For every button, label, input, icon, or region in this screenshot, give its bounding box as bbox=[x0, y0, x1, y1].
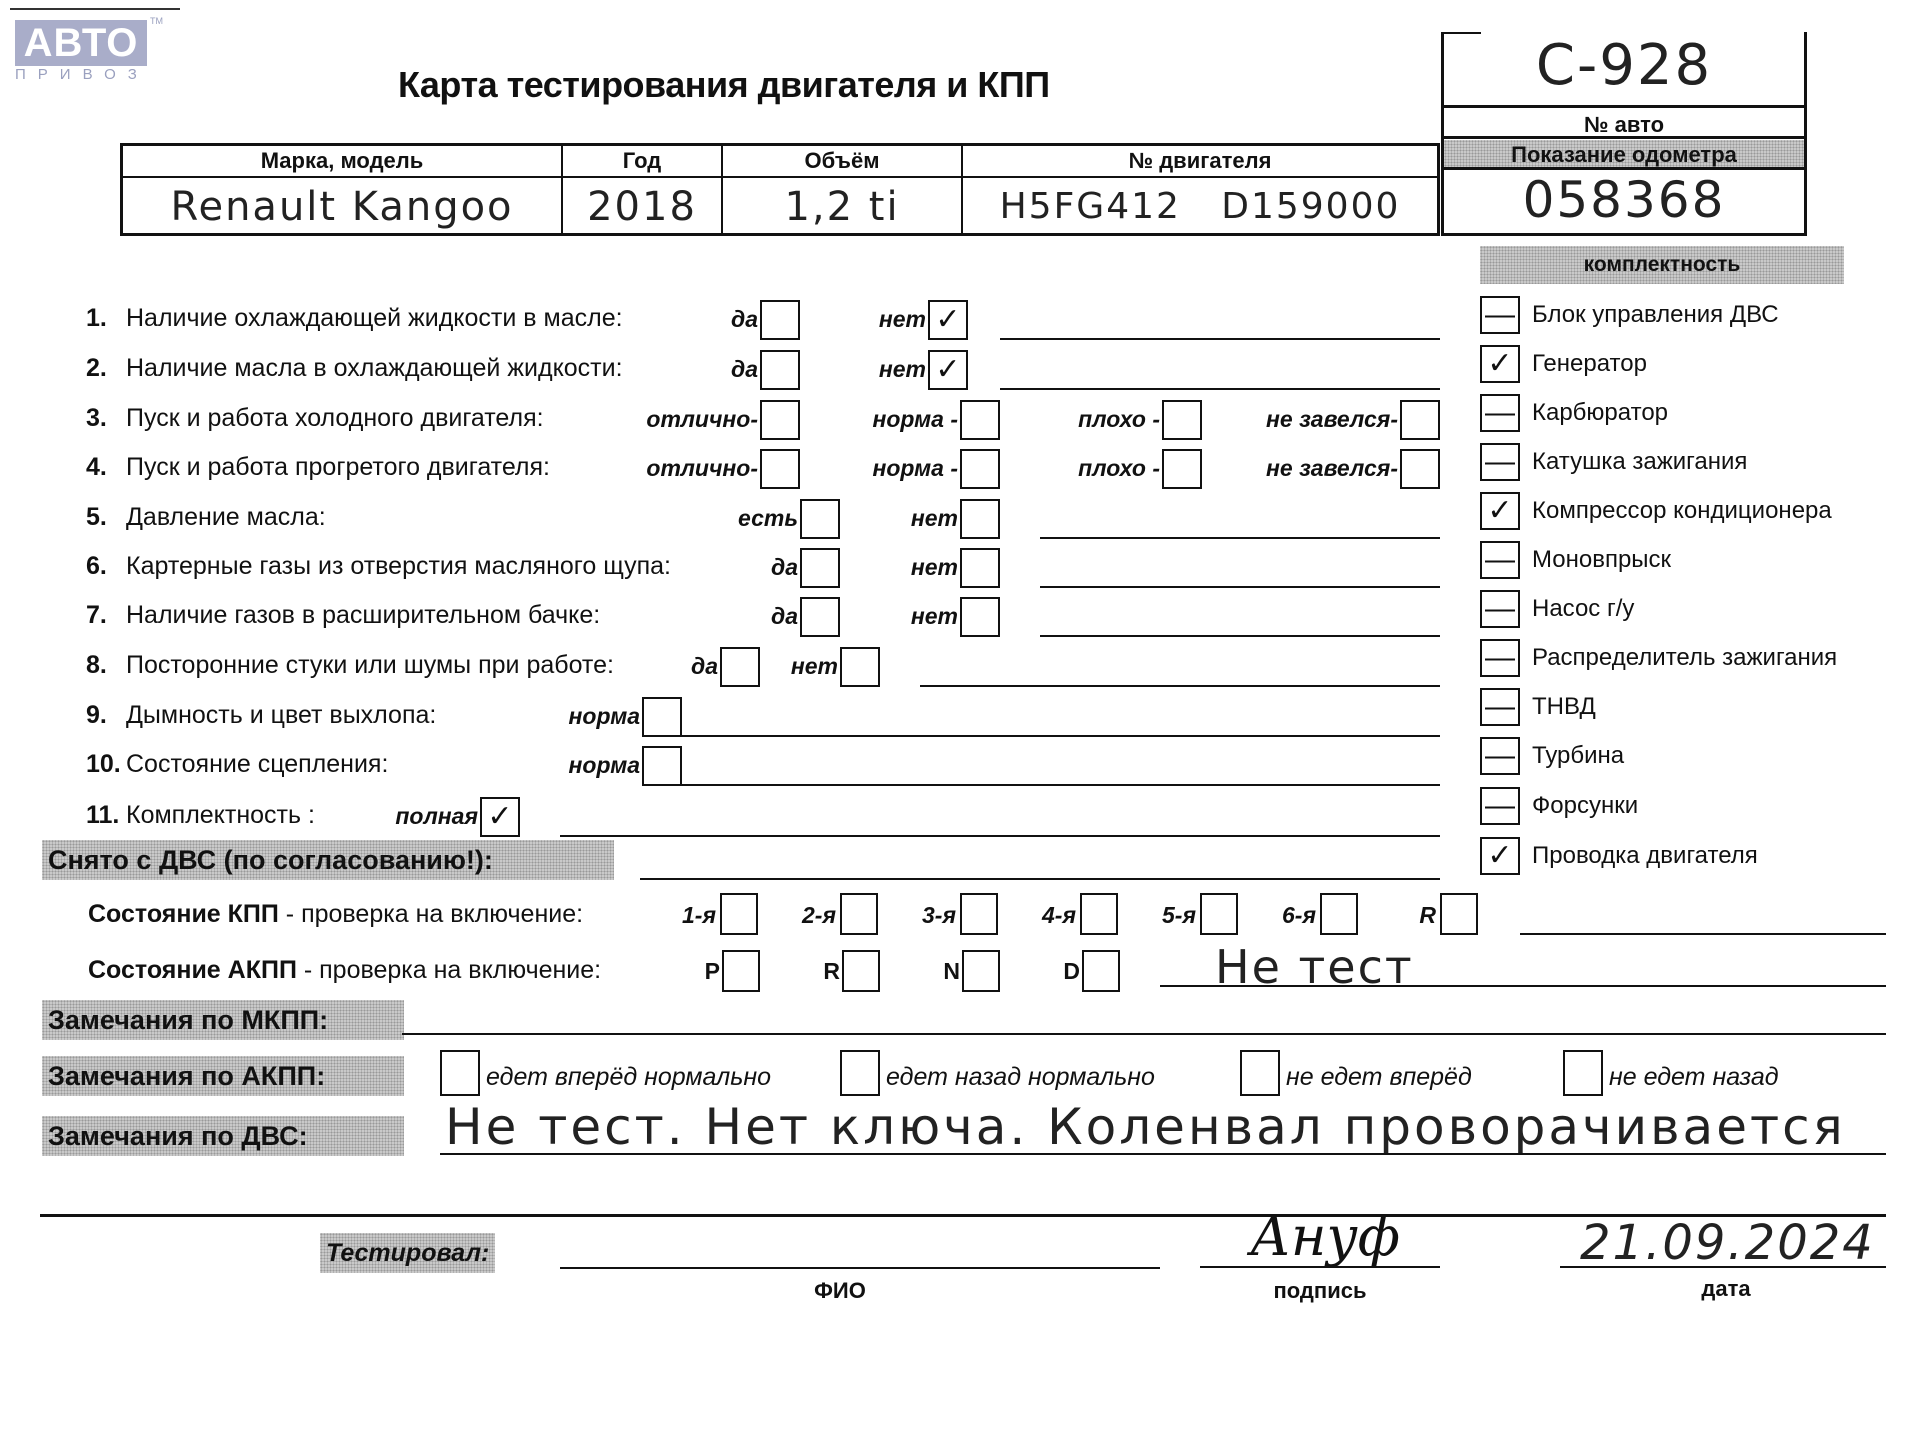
completeness-checkbox[interactable]: — bbox=[1480, 541, 1520, 579]
vehicle-table-header: Марка, модель Год Объём № двигателя bbox=[123, 146, 1437, 178]
checklist-item-number: 1. bbox=[86, 304, 126, 333]
completeness-checkbox[interactable]: ✓ bbox=[1480, 492, 1520, 530]
dash-icon: — bbox=[1485, 398, 1515, 428]
checkbox-option-label: да bbox=[691, 653, 718, 680]
logo-trademark: TM bbox=[150, 16, 163, 26]
checklist-item-label: 9.Дымность и цвет выхлопа: bbox=[86, 701, 436, 730]
completeness-item: ✓Компрессор кондиционера bbox=[1480, 492, 1832, 530]
checkbox-option-label: есть bbox=[738, 505, 798, 532]
vehicle-table: Марка, модель Год Объём № двигателя Rena… bbox=[120, 143, 1440, 236]
checkbox[interactable] bbox=[960, 548, 1000, 588]
checklist-note-line[interactable] bbox=[1040, 635, 1440, 637]
checklist-item-text: Наличие охлаждающей жидкости в масле: bbox=[126, 304, 623, 332]
signature-caption: подпись bbox=[1240, 1278, 1400, 1304]
checkbox[interactable] bbox=[1162, 449, 1202, 489]
top-rule bbox=[10, 8, 180, 10]
date-value[interactable]: 21.09.2024 bbox=[1580, 1215, 1875, 1271]
kpp-gear-checkbox[interactable] bbox=[1440, 893, 1478, 935]
kpp-gear-checkbox[interactable] bbox=[1320, 893, 1358, 935]
checkmark-icon: ✓ bbox=[487, 802, 512, 832]
header-volume: Объём bbox=[723, 146, 963, 176]
akpp-remark-label: едет назад нормально bbox=[886, 1063, 1155, 1092]
date-line bbox=[1560, 1266, 1886, 1268]
completeness-item: —Насос г/у bbox=[1480, 590, 1634, 628]
akpp-remark-checkbox[interactable] bbox=[440, 1050, 480, 1096]
checkbox[interactable] bbox=[800, 597, 840, 637]
akpp-label-bold: Состояние АКПП bbox=[88, 956, 297, 984]
completeness-item: —Карбюратор bbox=[1480, 394, 1668, 432]
mkpp-remarks-label: Замечания по МКПП: bbox=[42, 1000, 404, 1040]
checklist-item-number: 11. bbox=[86, 801, 126, 830]
completeness-item: —Распределитель зажигания bbox=[1480, 639, 1837, 677]
checklist-note-line[interactable] bbox=[1000, 338, 1440, 340]
completeness-header: комплектность bbox=[1480, 246, 1844, 284]
tested-by-label: Тестировал: bbox=[320, 1233, 495, 1273]
kpp-gear-checkbox[interactable] bbox=[1080, 893, 1118, 935]
completeness-item-label: Карбюратор bbox=[1532, 399, 1668, 427]
signature-line[interactable] bbox=[1200, 1266, 1440, 1268]
checklist-item-label: 2.Наличие масла в охлаждающей жидкости: bbox=[86, 354, 623, 383]
checkbox[interactable]: ✓ bbox=[480, 797, 520, 837]
completeness-item-label: Проводка двигателя bbox=[1532, 842, 1758, 870]
checklist-item-number: 8. bbox=[86, 651, 126, 680]
checkbox[interactable] bbox=[760, 400, 800, 440]
dash-icon: — bbox=[1485, 692, 1515, 722]
kpp-gear-label: 5-я bbox=[1162, 902, 1196, 929]
checklist-item-text: Картерные газы из отверстия масляного щу… bbox=[126, 552, 671, 580]
dvs-remarks-value[interactable]: Не тест. Нет ключа. Коленвал проворачива… bbox=[445, 1098, 1846, 1156]
vehicle-table-values: Renault Kangoo 2018 1,2 ti H5FG412 D1590… bbox=[123, 178, 1437, 235]
dash-icon: — bbox=[1485, 447, 1515, 477]
checkbox[interactable] bbox=[800, 548, 840, 588]
checklist-item-label: 4.Пуск и работа прогретого двигателя: bbox=[86, 453, 550, 482]
checkbox[interactable] bbox=[720, 647, 760, 687]
checklist-item-number: 3. bbox=[86, 404, 126, 433]
dash-icon: — bbox=[1485, 791, 1515, 821]
akpp-remark-checkbox[interactable] bbox=[1240, 1050, 1280, 1096]
checkbox-option-label: да bbox=[731, 306, 758, 333]
completeness-item-label: ТНВД bbox=[1532, 693, 1596, 721]
checklist-item-number: 7. bbox=[86, 601, 126, 630]
completeness-checkbox[interactable]: — bbox=[1480, 787, 1520, 825]
kpp-gear-checkbox[interactable] bbox=[1200, 893, 1238, 935]
checklist-item-text: Комплектность : bbox=[126, 801, 315, 829]
completeness-checkbox[interactable]: — bbox=[1480, 590, 1520, 628]
checklist-item-label: 3.Пуск и работа холодного двигателя: bbox=[86, 404, 544, 433]
header-year: Год bbox=[563, 146, 723, 176]
checklist-item-text: Давление масла: bbox=[126, 503, 326, 531]
checkbox-option-label: да bbox=[731, 356, 758, 383]
completeness-checkbox[interactable]: — bbox=[1480, 394, 1520, 432]
checklist-item-text: Посторонние стуки или шумы при работе: bbox=[126, 651, 614, 679]
kpp-gear-label: 4-я bbox=[1042, 902, 1076, 929]
checkmark-icon: ✓ bbox=[1487, 349, 1512, 379]
fio-caption: ФИО bbox=[760, 1278, 920, 1304]
checkbox[interactable] bbox=[960, 597, 1000, 637]
checklist-item-text: Состояние сцепления: bbox=[126, 750, 388, 778]
checkmark-icon: ✓ bbox=[1487, 496, 1512, 526]
checklist-note-line[interactable] bbox=[680, 784, 1440, 786]
completeness-item: —Моновпрыск bbox=[1480, 541, 1671, 579]
date-caption: дата bbox=[1646, 1276, 1806, 1302]
checkbox[interactable] bbox=[760, 350, 800, 390]
checkbox[interactable] bbox=[642, 746, 682, 786]
checklist-item-number: 6. bbox=[86, 552, 126, 581]
checklist-item-text: Наличие масла в охлаждающей жидкости: bbox=[126, 354, 623, 382]
completeness-item-label: Насос г/у bbox=[1532, 595, 1634, 623]
kpp-label: Состояние КПП - проверка на включение: bbox=[88, 900, 583, 929]
completeness-item-label: Катушка зажигания bbox=[1532, 448, 1747, 476]
completeness-item: —ТНВД bbox=[1480, 688, 1596, 726]
completeness-item-label: Блок управления ДВС bbox=[1532, 301, 1779, 329]
completeness-checkbox[interactable]: ✓ bbox=[1480, 345, 1520, 383]
mkpp-remarks-line[interactable] bbox=[402, 1033, 1886, 1035]
volume-value[interactable]: 1,2 ti bbox=[723, 178, 963, 235]
logo-subtitle: ПРИВОЗ bbox=[15, 66, 155, 83]
checklist-item-label: 7.Наличие газов в расширительном бачке: bbox=[86, 601, 600, 630]
completeness-item: —Блок управления ДВС bbox=[1480, 296, 1779, 334]
signature: Ануф bbox=[1250, 1205, 1400, 1268]
completeness-item-label: Моновпрыск bbox=[1532, 546, 1671, 574]
removed-section-label: Снято с ДВС (по согласованию!): bbox=[42, 840, 614, 880]
engine-number-value[interactable]: H5FG412 D159000 bbox=[963, 178, 1437, 235]
completeness-checkbox[interactable]: — bbox=[1480, 688, 1520, 726]
checkbox-option-label: нет bbox=[911, 554, 958, 581]
kpp-gear-label: 6-я bbox=[1282, 902, 1316, 929]
header-engine-number: № двигателя bbox=[963, 146, 1437, 176]
checkbox-option-label: нет bbox=[791, 653, 838, 680]
checkbox[interactable]: ✓ bbox=[928, 350, 968, 390]
completeness-checkbox[interactable]: — bbox=[1480, 737, 1520, 775]
dash-icon: — bbox=[1485, 643, 1515, 673]
removed-section-line[interactable] bbox=[640, 878, 1440, 880]
akpp-mode-checkbox[interactable] bbox=[962, 950, 1000, 992]
header-make-model: Марка, модель bbox=[123, 146, 563, 176]
checkbox[interactable] bbox=[960, 449, 1000, 489]
kpp-gear-checkbox[interactable] bbox=[840, 893, 878, 935]
checkbox[interactable] bbox=[840, 647, 880, 687]
checklist-item-label: 8.Посторонние стуки или шумы при работе: bbox=[86, 651, 614, 680]
checkbox[interactable] bbox=[800, 499, 840, 539]
checklist-item-number: 9. bbox=[86, 701, 126, 730]
akpp-label: Состояние АКПП - проверка на включение: bbox=[88, 956, 601, 985]
auto-number-value[interactable]: C-928 bbox=[1444, 30, 1804, 102]
dvs-remarks-line bbox=[440, 1153, 1886, 1155]
checkbox[interactable] bbox=[960, 400, 1000, 440]
checklist-item-text: Пуск и работа холодного двигателя: bbox=[126, 404, 544, 432]
odometer-value[interactable]: 058368 bbox=[1441, 170, 1807, 236]
akpp-mode-label: N bbox=[943, 958, 960, 985]
completeness-item-label: Форсунки bbox=[1532, 792, 1638, 820]
kpp-gear-label: R bbox=[1419, 902, 1436, 929]
checkbox-option-label: норма bbox=[569, 703, 641, 730]
kpp-label-bold: Состояние КПП bbox=[88, 900, 279, 928]
checkbox-option-label: да bbox=[771, 603, 798, 630]
akpp-remark-label: не едет вперёд bbox=[1286, 1063, 1472, 1092]
checkbox-option-label: плохо - bbox=[1078, 406, 1160, 433]
akpp-line bbox=[1160, 985, 1886, 987]
checklist-item-label: 10.Состояние сцепления: bbox=[86, 750, 388, 779]
akpp-mode-label: D bbox=[1063, 958, 1080, 985]
checkbox-option-label: нет bbox=[911, 505, 958, 532]
checkmark-icon: ✓ bbox=[935, 355, 960, 385]
akpp-mode-checkbox[interactable] bbox=[1082, 950, 1120, 992]
kpp-gear-label: 1-я bbox=[682, 902, 716, 929]
checkbox[interactable] bbox=[1400, 449, 1440, 489]
akpp-mode-checkbox[interactable] bbox=[842, 950, 880, 992]
completeness-item: —Катушка зажигания bbox=[1480, 443, 1747, 481]
checkbox-option-label: не завелся- bbox=[1266, 406, 1398, 433]
akpp-remarks-label: Замечания по АКПП: bbox=[42, 1056, 404, 1096]
checklist-item-number: 10. bbox=[86, 750, 126, 779]
checklist-note-line[interactable] bbox=[920, 685, 1440, 687]
checkbox-option-label: норма - bbox=[872, 406, 958, 433]
checkbox[interactable] bbox=[960, 499, 1000, 539]
kpp-gear-label: 3-я bbox=[922, 902, 956, 929]
checklist-item-label: 6.Картерные газы из отверстия масляного … bbox=[86, 552, 671, 581]
akpp-mode-checkbox[interactable] bbox=[722, 950, 760, 992]
dash-icon: — bbox=[1485, 545, 1515, 575]
checkbox-option-label: нет bbox=[879, 306, 926, 333]
page-title: Карта тестирования двигателя и КПП bbox=[398, 64, 1050, 106]
akpp-remark-label: не едет назад bbox=[1609, 1063, 1779, 1092]
completeness-checkbox[interactable]: — bbox=[1480, 443, 1520, 481]
completeness-item: —Турбина bbox=[1480, 737, 1624, 775]
checklist-item-label: 11.Комплектность : bbox=[86, 801, 315, 830]
checkmark-icon: ✓ bbox=[935, 305, 960, 335]
fio-line[interactable] bbox=[560, 1267, 1160, 1269]
logo: АВТО bbox=[15, 20, 147, 66]
completeness-item: —Форсунки bbox=[1480, 787, 1638, 825]
checkbox[interactable] bbox=[1162, 400, 1202, 440]
auto-number-label: № авто bbox=[1444, 105, 1804, 139]
completeness-item: ✓Проводка двигателя bbox=[1480, 837, 1758, 875]
checklist-item-text: Пуск и работа прогретого двигателя: bbox=[126, 453, 550, 481]
checkbox-option-label: отлично- bbox=[646, 455, 758, 482]
akpp-mode-label: P bbox=[705, 958, 720, 985]
checkbox[interactable] bbox=[642, 697, 682, 737]
completeness-item-label: Генератор bbox=[1532, 350, 1647, 378]
checkbox-option-label: полная bbox=[395, 803, 478, 830]
checklist-item-label: 5.Давление масла: bbox=[86, 503, 326, 532]
checklist-note-line[interactable] bbox=[680, 735, 1440, 737]
completeness-item: ✓Генератор bbox=[1480, 345, 1647, 383]
akpp-mode-label: R bbox=[823, 958, 840, 985]
checkbox-option-label: нет bbox=[879, 356, 926, 383]
kpp-label-rest: - проверка на включение: bbox=[279, 900, 583, 928]
checkmark-icon: ✓ bbox=[1487, 841, 1512, 871]
dvs-remarks-label: Замечания по ДВС: bbox=[42, 1116, 404, 1156]
checkbox-option-label: норма bbox=[569, 752, 641, 779]
checklist-note-line[interactable] bbox=[1040, 586, 1440, 588]
checklist-item-label: 1.Наличие охлаждающей жидкости в масле: bbox=[86, 304, 623, 333]
checkbox[interactable] bbox=[1400, 400, 1440, 440]
checkbox-option-label: норма - bbox=[872, 455, 958, 482]
completeness-checkbox[interactable]: — bbox=[1480, 639, 1520, 677]
kpp-gear-checkbox[interactable] bbox=[720, 893, 758, 935]
checklist-item-number: 2. bbox=[86, 354, 126, 383]
checklist-note-line[interactable] bbox=[1040, 537, 1440, 539]
akpp-remark-checkbox[interactable] bbox=[840, 1050, 880, 1096]
akpp-remark-label: едет вперёд нормально bbox=[486, 1063, 771, 1092]
kpp-line[interactable] bbox=[1520, 933, 1886, 935]
checklist-item-text: Дымность и цвет выхлопа: bbox=[126, 701, 436, 729]
checkbox-option-label: не завелся- bbox=[1266, 455, 1398, 482]
checklist-note-line[interactable] bbox=[1000, 388, 1440, 390]
checklist-item-text: Наличие газов в расширительном бачке: bbox=[126, 601, 600, 629]
kpp-gear-checkbox[interactable] bbox=[960, 893, 998, 935]
completeness-checkbox[interactable]: — bbox=[1480, 296, 1520, 334]
odometer-label: Показание одометра bbox=[1441, 140, 1807, 170]
completeness-item-label: Турбина bbox=[1532, 742, 1624, 770]
checklist-item-number: 5. bbox=[86, 503, 126, 532]
dash-icon: — bbox=[1485, 741, 1515, 771]
completeness-item-label: Распределитель зажигания bbox=[1532, 644, 1837, 672]
kpp-gear-label: 2-я bbox=[802, 902, 836, 929]
checklist-note-line[interactable] bbox=[560, 835, 1440, 837]
checkbox-option-label: плохо - bbox=[1078, 455, 1160, 482]
checkbox[interactable]: ✓ bbox=[928, 300, 968, 340]
checkbox[interactable] bbox=[760, 300, 800, 340]
dash-icon: — bbox=[1485, 594, 1515, 624]
completeness-item-label: Компрессор кондиционера bbox=[1532, 497, 1832, 525]
completeness-checkbox[interactable]: ✓ bbox=[1480, 837, 1520, 875]
checkbox-option-label: да bbox=[771, 554, 798, 581]
akpp-remark-checkbox[interactable] bbox=[1563, 1050, 1603, 1096]
akpp-label-rest: - проверка на включение: bbox=[297, 956, 601, 984]
dash-icon: — bbox=[1485, 300, 1515, 330]
checkbox[interactable] bbox=[760, 449, 800, 489]
year-value[interactable]: 2018 bbox=[563, 178, 723, 235]
checklist-item-number: 4. bbox=[86, 453, 126, 482]
make-model-value[interactable]: Renault Kangoo bbox=[123, 178, 563, 235]
checkbox-option-label: нет bbox=[911, 603, 958, 630]
checkbox-option-label: отлично- bbox=[646, 406, 758, 433]
